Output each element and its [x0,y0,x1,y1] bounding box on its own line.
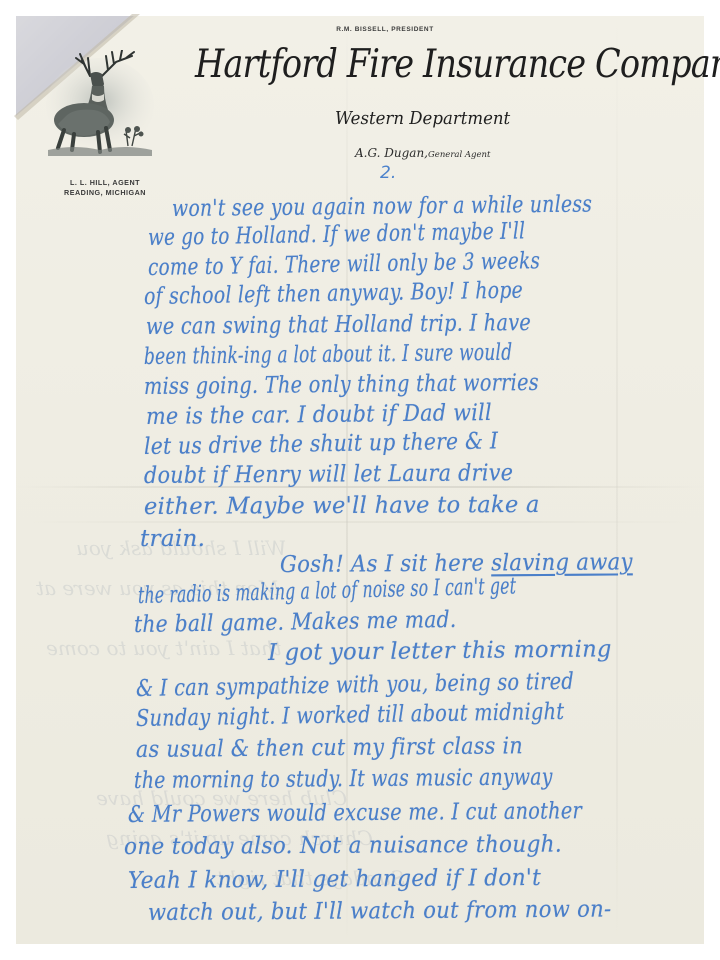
local-agent-location: READING, MICHIGAN [40,188,170,198]
handwritten-line: I got your letter this morning [268,636,612,666]
handwritten-line: Yeah I know, I'll get hanged if I don't [128,865,541,894]
general-agent-name: A.G. Dugan, [355,146,428,160]
page-number: 2. [380,163,396,183]
fold-crease [16,521,704,523]
underlined-phrase: slaving away [491,549,633,576]
handwritten-line: watch out, but I'll watch out from now o… [148,896,612,926]
president-line: R.M. BISSELL, PRESIDENT [0,26,720,33]
handwritten-line: doubt if Henry will let Laura drive [144,460,513,489]
local-agent-name: L. L. HILL, AGENT [40,178,170,188]
department-name: Western Department [335,108,537,129]
handwritten-line: one today also. Not a nuisance though. [124,832,562,860]
handwritten-line: been think-ing a lot about it. I sure wo… [144,340,512,370]
handwritten-line: miss going. The only thing that worries [144,370,539,400]
handwritten-line: either. Maybe we'll have to take a [144,492,540,520]
general-agent-title: General Agent [428,150,490,160]
handwritten-line: me is the car. I doubt if Dad will [146,400,492,430]
general-agent: A.G. Dugan,General Agent [355,146,490,160]
handwritten-line: won't see you again now for a while unle… [172,192,592,222]
handwritten-line: we can swing that Holland trip. I have [146,310,531,340]
fold-crease [616,16,618,944]
bleed-through-text: that I ain't you to come [46,636,282,660]
handwritten-line: the ball game. Makes me mad. [134,607,457,638]
handwritten-line: as usual & then cut my first class in [136,733,523,763]
stag-emblem-icon [44,50,156,158]
handwritten-line: the morning to study. It was music anywa… [134,764,553,794]
handwritten-line: Gosh! As I sit here slaving away [280,549,633,578]
local-agent-info: L. L. HILL, AGENT READING, MICHIGAN [40,178,170,198]
handwritten-line: train. [140,526,205,552]
handwritten-line: & Mr Powers would excuse me. I cut anoth… [128,798,582,828]
company-name: Hartford Fire Insurance Company [195,42,629,87]
